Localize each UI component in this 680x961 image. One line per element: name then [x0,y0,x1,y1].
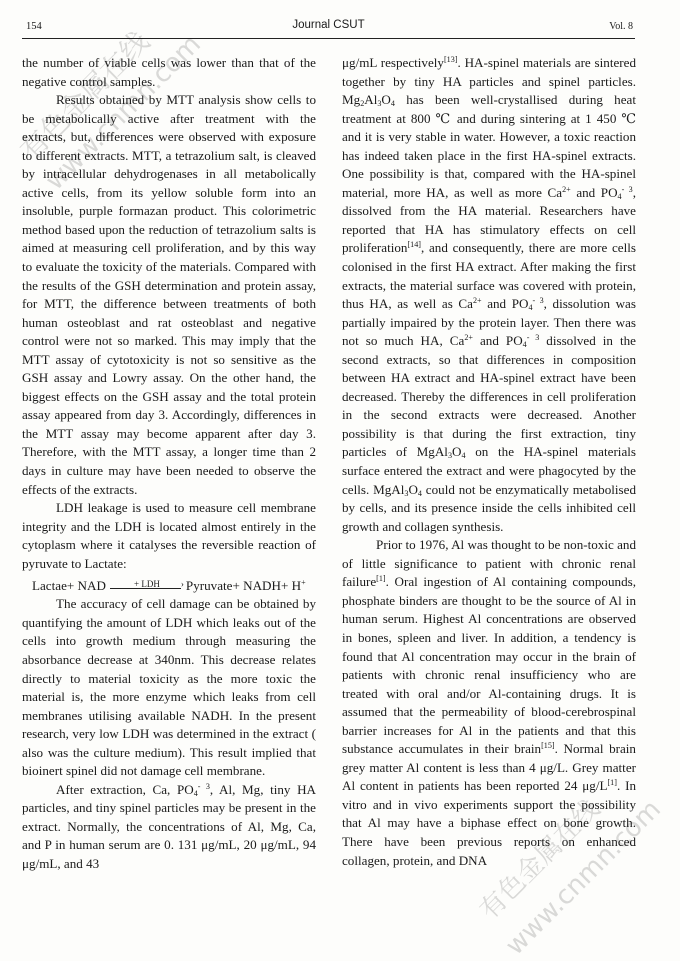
ldh-reaction-equation: Lactae+ NAD + LDH › Pyruvate+ NADH+ H+ [22,573,316,595]
superscript: - 3 [198,782,210,791]
left-column: the number of viable cells was lower tha… [22,54,316,874]
text-run: . Oral ingestion of Al containing compou… [342,574,636,756]
products-text: Pyruvate+ NADH+ H [186,578,301,593]
text-run: and PO [473,333,523,348]
text-run: and PO [482,296,529,311]
text-run: μg/mL respectively [342,55,444,70]
right-column: μg/mL respectively[13]. HA-spinel materi… [342,54,636,870]
superscript: - 3 [622,185,633,194]
superscript: - 3 [533,296,544,305]
paragraph-cell-damage-accuracy: The accuracy of cell damage can be obtai… [22,595,316,780]
paragraph-ha-spinel: μg/mL respectively[13]. HA-spinel materi… [342,54,636,536]
text-run: Al [364,92,377,107]
citation-14: [14] [407,241,421,250]
superscript: 2+ [464,333,473,342]
page-header: 154 Journal CSUT Vol. 8 [22,14,635,39]
paragraph-viable-cells: the number of viable cells was lower tha… [22,54,316,91]
citation-1: [1] [607,778,616,787]
text-run: After extraction, Ca, PO [56,782,194,797]
citation-15: [15] [541,741,555,750]
equation-products: Pyruvate+ NADH+ H+ [186,577,306,596]
text-run: O [408,482,417,497]
paragraph-ldh-leakage: LDH leakage is used to measure cell memb… [22,499,316,573]
arrow-label: + LDH [110,575,184,594]
superscript: - 3 [527,333,540,342]
volume-label: Vol. 8 [609,21,633,32]
paragraph-mtt-analysis: Results obtained by MTT analysis show ce… [22,91,316,499]
text-run: O [381,92,390,107]
superscript: 2+ [562,185,571,194]
superscript: 2+ [473,296,482,305]
paragraph-aluminium-toxicity: Prior to 1976, Al was thought to be non-… [342,536,636,870]
h-charge: + [301,578,306,587]
paragraph-after-extraction: After extraction, Ca, PO4- 3, Al, Mg, ti… [22,781,316,874]
equation-reactants: Lactae+ NAD [32,577,106,596]
text-run: dissolved in the second extracts, so tha… [342,333,636,459]
arrow-head-icon: › [181,575,184,594]
text-run: and PO [571,185,618,200]
arrow-shaft [110,588,181,589]
journal-title: Journal CSUT [22,19,635,31]
citation-13: [13] [444,55,458,64]
reaction-arrow: + LDH › [110,577,184,595]
citation-1: [1] [376,574,385,583]
text-run: has been well-crystallised during heat t… [342,92,636,200]
